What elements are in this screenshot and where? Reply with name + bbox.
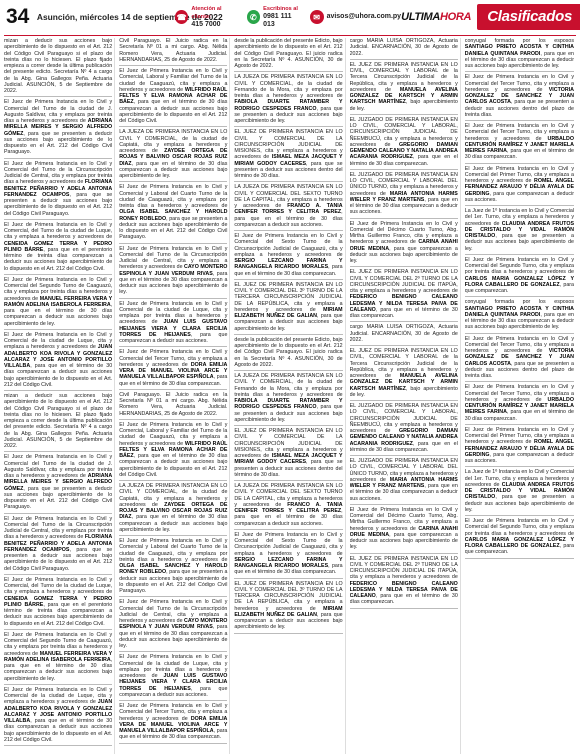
legal-notice: LA JUEZA DE PRIMERA INSTANCIA EN LO CIVI… xyxy=(119,129,227,182)
contact-label: Escribinos al xyxy=(263,5,303,13)
email-contact: ✉ avisos@uhora.com.py xyxy=(310,10,402,24)
legal-notice: LA JUEZA DE PRIMERA INSTANCIA EN LO CIVI… xyxy=(234,373,342,426)
legal-notice: LA JUEZA DE PRIMERA INSTANCIA EN LO CIVI… xyxy=(234,184,342,231)
classifieds-columns: mizan a deducir sus acciones bajo aperci… xyxy=(4,38,576,754)
legal-notice: LA JUEZA DE PRIMERA INSTANCIA EN LO CIVI… xyxy=(234,483,342,530)
logo-suffix: HORA xyxy=(440,11,471,23)
legal-notice: El Juez de Primera Instancia en lo Civil… xyxy=(119,301,227,348)
contact-label: Atención al cliente: xyxy=(191,5,240,21)
legal-notice: mizan a deducir sus acciones bajo aperci… xyxy=(4,393,112,452)
legal-notice: EL JUEZ DE PRIMERA INSTANCIA EN LO CIVIL… xyxy=(234,129,342,182)
legal-notice: EL JUZGADO DE PRIMERA INSTANCIA EN LO CI… xyxy=(350,117,458,170)
brand-block: ULTIMAHORA Clasificados xyxy=(401,0,580,34)
legal-notice: EL JUZGADO DE PRIMERA INSTANCIA EN LO CI… xyxy=(350,172,458,219)
legal-notice: El Juez de Primera Instancia en lo Civil… xyxy=(4,222,112,275)
legal-notice: El Juez de Primera Instancia en lo Civil… xyxy=(4,632,112,685)
legal-notice: El Juez de Primera Instancia en lo Civil… xyxy=(465,384,574,425)
legal-notice: El Juez de Primera Instancia en lo Civil… xyxy=(4,454,112,513)
legal-notice: El Juez de Primera Instancia en lo Civil… xyxy=(119,68,227,127)
legal-notice: El Juez de Primera Instancia en lo Civil… xyxy=(465,427,574,468)
legal-notice: mizan a deducir sus acciones bajo aperci… xyxy=(4,38,112,97)
legal-notice: La Juez de 1º Instancia en lo Civil y Co… xyxy=(465,208,574,255)
date-line: Asunción, miércoles 14 de septiembre de … xyxy=(37,12,169,22)
column-1: mizan a deducir sus acciones bajo aperci… xyxy=(4,38,115,754)
phone-icon: ☎ xyxy=(175,10,188,24)
column-5: conyugal formada por los esposos SANTIAG… xyxy=(465,38,576,754)
legal-notice: EL JUEZ DE PRIMERA INSTANCIA EN LO CIVIL… xyxy=(350,556,458,609)
legal-notice: EL JUZGADO DE PRIMERA INSTANCIA EN LO CI… xyxy=(350,458,458,505)
legal-notice: EL JUEZ DE PRIMERA INSTANCIA EN LO CIVIL… xyxy=(350,348,458,401)
legal-notice: desde la publicación del presente Edicto… xyxy=(234,38,342,72)
legal-notice: El Juez de Primera Instancia en lo Civil… xyxy=(119,184,227,243)
page-header: 34 Asunción, miércoles 14 de septiembre … xyxy=(0,0,580,34)
legal-notice: El Juez de Primera Instancia en lo Civil… xyxy=(4,516,112,575)
legal-notice: conyugal formada por los esposos SANTIAG… xyxy=(465,38,574,72)
whatsapp-icon: ✆ xyxy=(247,10,260,24)
legal-notice: El Juez de Primera Instancia en lo Civil… xyxy=(119,538,227,597)
legal-notice: El Juez de Primera Instancia en lo Civil… xyxy=(465,518,574,559)
legal-notice: El Juez de Primera Instancia en lo Civil… xyxy=(119,422,227,481)
legal-notice: El Juez de Primera Instancia en lo Civil… xyxy=(465,123,574,164)
legal-notice: desde la publicación del presente Edicto… xyxy=(234,337,342,371)
legal-notice: EL JUEZ DE PRIMERA INSTANCIA EN LO CIVIL… xyxy=(234,428,342,481)
legal-notice: El Juez de Primera Instancia en lo Civil… xyxy=(119,703,227,744)
legal-notice: El Juez de Primera Instancia en lo Civil… xyxy=(465,257,574,298)
legal-notice: El Juez de Primera Instancia en lo Civil… xyxy=(4,577,112,630)
legal-notice: El Juez de Primera Instancia en lo Civil… xyxy=(4,332,112,391)
legal-notice: EL JUEZ DE PRIMERA INSTANCIA EN LO CIVIL… xyxy=(350,62,458,115)
legal-notice: El Juez de Primera Instancia en lo Civil… xyxy=(119,599,227,652)
column-4: cargo MARIA LUISA ORTIGOZA, Actuaria Jud… xyxy=(350,38,461,754)
legal-notice: El Juez de Primera Instancia en lo Civil… xyxy=(465,166,574,207)
page-number: 34 xyxy=(6,5,35,29)
legal-notice: El Juez de Primera Instancia en lo Civil… xyxy=(350,221,458,268)
legal-notice: LA JUEZA DE PRIMERA INSTANCIA EN LO CIVI… xyxy=(234,74,342,127)
legal-notice: LA JUEZA DE PRIMERA INSTANCIA EN LO CIVI… xyxy=(119,483,227,536)
legal-notice: El Juez de Primera Instancia en lo Civil… xyxy=(350,507,458,554)
legal-notice: El Juez de Primera Instancia en lo Civil… xyxy=(4,161,112,220)
legal-notice: El Juez de Primera Instancia en lo Civil… xyxy=(4,277,112,330)
legal-notice: conyugal formada por los esposos SANTIAG… xyxy=(465,299,574,333)
legal-notice: EL JUEZ DE PRIMERA INSTANCIA EN LO CIVIL… xyxy=(234,581,342,634)
legal-notice: El Juez de Primera Instancia en lo Civil… xyxy=(119,349,227,390)
legal-notice: cargo MARIA LUISA ORTIGOZA, Actuaria Jud… xyxy=(350,38,458,60)
contact-value: avisos@uhora.com.py xyxy=(327,13,402,21)
legal-notice: EL JUEZ DE PRIMERA INSTANCIA EN LO CIVIL… xyxy=(234,282,342,335)
section-title: Clasificados xyxy=(477,4,580,30)
mail-icon: ✉ xyxy=(310,10,324,24)
legal-notice: El Juez de Primera Instancia en lo Civil… xyxy=(234,532,342,579)
legal-notice: El Juez de Primera Instancia en lo Civil… xyxy=(465,74,574,121)
legal-notice: Civil Paraguayo. El Juicio radica en la … xyxy=(119,392,227,420)
legal-notice: Civil Paraguayo. El Juicio radica en la … xyxy=(119,38,227,66)
column-3: desde la publicación del presente Edicto… xyxy=(234,38,345,754)
header-divider xyxy=(4,35,576,36)
legal-notice: El Juez de Primera Instancia en lo Civil… xyxy=(119,654,227,701)
legal-notice: EL JUZGADO DE PRIMERA INSTANCIA EN LO CI… xyxy=(350,403,458,456)
customer-service-contact: ☎ Atención al cliente: 415 7000 xyxy=(175,5,241,29)
legal-notice: cargo MARIA LUISA ORTIGOZA, Actuaria Jud… xyxy=(350,324,458,346)
contact-value: 415 7000 xyxy=(191,21,240,29)
legal-notice: El Juez de Primera Instancia en lo Civil… xyxy=(234,233,342,280)
legal-notice: El Juez de Primera Instancia en lo Civil… xyxy=(465,336,574,383)
contact-value: 0981 111 013 xyxy=(263,13,303,29)
legal-notice: La Juez de 1º Instancia en lo Civil y Co… xyxy=(465,469,574,516)
newspaper-logo: ULTIMAHORA xyxy=(401,11,471,23)
legal-notice: El Juez de Primera Instancia en lo Civil… xyxy=(4,687,112,746)
legal-notice: EL JUEZ DE PRIMERA INSTANCIA EN LO CIVIL… xyxy=(350,269,458,322)
legal-notice: El Juez de Primera Instancia en lo Civil… xyxy=(119,246,227,299)
logo-prefix: ULTIMA xyxy=(401,11,440,23)
whatsapp-contact: ✆ Escribinos al 0981 111 013 xyxy=(247,5,304,29)
column-2: Civil Paraguayo. El Juicio radica en la … xyxy=(119,38,230,754)
legal-notice: El Juez de Primera Instancia en lo Civil… xyxy=(4,99,112,158)
